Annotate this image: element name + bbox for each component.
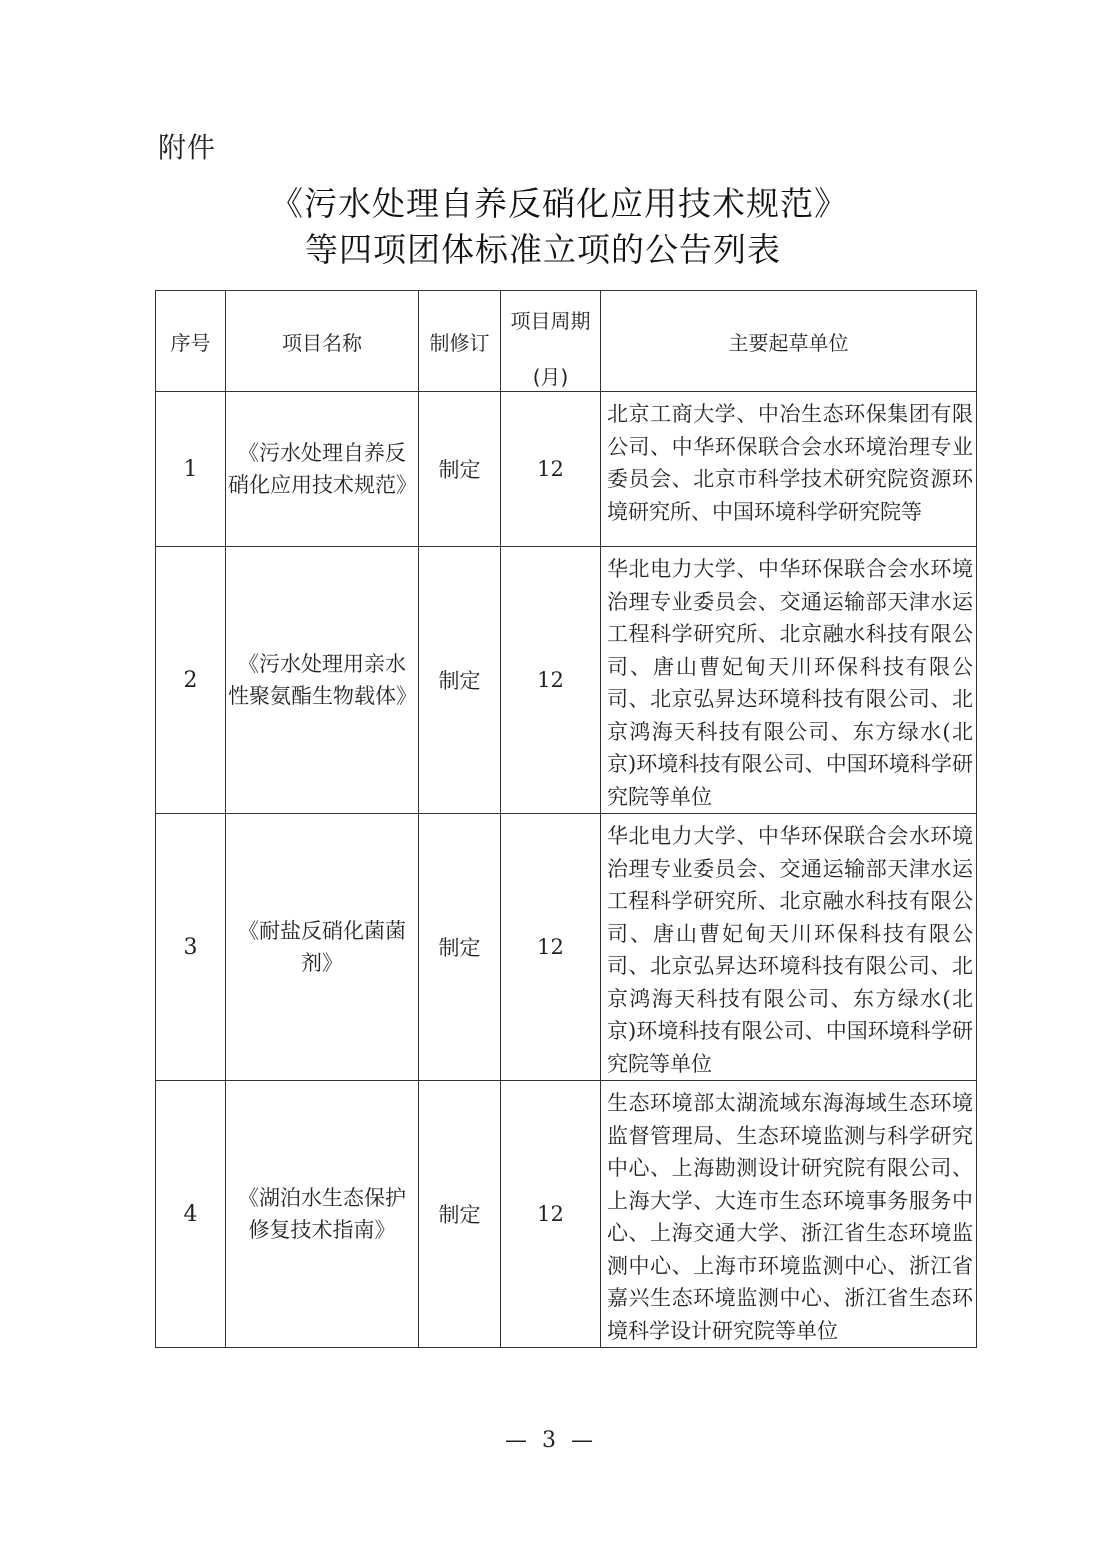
document-title-line1: 《污水处理自养反硝化应用技术规范》 bbox=[8, 178, 1102, 225]
table-row: 2 《污水处理用亲水性聚氨酯生物载体》 制定 12 华北电力大学、中华环保联合会… bbox=[156, 547, 977, 814]
page-number: — 3 — bbox=[0, 1428, 1102, 1453]
cell-units: 北京工商大学、中冶生态环保集团有限公司、中华环保联合会水环境治理专业委员会、北京… bbox=[601, 392, 977, 547]
cell-type: 制定 bbox=[419, 814, 501, 1081]
document-title-line2: 等四项团体标准立项的公告列表 bbox=[0, 224, 1094, 271]
cell-type: 制定 bbox=[419, 392, 501, 547]
cell-period: 12 bbox=[501, 392, 601, 547]
header-type: 制修订 bbox=[419, 291, 501, 392]
cell-units: 华北电力大学、中华环保联合会水环境治理专业委员会、交通运输部天津水运工程科学研究… bbox=[601, 814, 977, 1081]
header-seq: 序号 bbox=[156, 291, 226, 392]
cell-units: 华北电力大学、中华环保联合会水环境治理专业委员会、交通运输部天津水运工程科学研究… bbox=[601, 547, 977, 814]
cell-type: 制定 bbox=[419, 1081, 501, 1348]
header-period: 项目周期 (月) bbox=[501, 291, 601, 392]
cell-name: 《污水处理自养反硝化应用技术规范》 bbox=[226, 392, 419, 547]
cell-period: 12 bbox=[501, 814, 601, 1081]
cell-name: 《湖泊水生态保护修复技术指南》 bbox=[226, 1081, 419, 1348]
cell-name: 《耐盐反硝化菌菌剂》 bbox=[226, 814, 419, 1081]
cell-units: 生态环境部太湖流域东海海域生态环境监督管理局、生态环境监测与科学研究中心、上海勘… bbox=[601, 1081, 977, 1348]
attachment-label: 附件 bbox=[158, 126, 216, 166]
table-header-row: 序号 项目名称 制修订 项目周期 (月) 主要起草单位 bbox=[156, 291, 977, 392]
cell-name: 《污水处理用亲水性聚氨酯生物载体》 bbox=[226, 547, 419, 814]
header-units: 主要起草单位 bbox=[601, 291, 977, 392]
cell-period: 12 bbox=[501, 547, 601, 814]
cell-seq: 2 bbox=[156, 547, 226, 814]
cell-seq: 4 bbox=[156, 1081, 226, 1348]
standards-table: 序号 项目名称 制修订 项目周期 (月) 主要起草单位 1 《污水处理自养反硝化… bbox=[155, 290, 977, 1348]
header-name: 项目名称 bbox=[226, 291, 419, 392]
cell-type: 制定 bbox=[419, 547, 501, 814]
cell-seq: 1 bbox=[156, 392, 226, 547]
header-period-unit: (月) bbox=[501, 361, 600, 390]
table-row: 4 《湖泊水生态保护修复技术指南》 制定 12 生态环境部太湖流域东海海域生态环… bbox=[156, 1081, 977, 1348]
header-period-label: 项目周期 bbox=[501, 305, 600, 334]
table-row: 3 《耐盐反硝化菌菌剂》 制定 12 华北电力大学、中华环保联合会水环境治理专业… bbox=[156, 814, 977, 1081]
cell-seq: 3 bbox=[156, 814, 226, 1081]
cell-period: 12 bbox=[501, 1081, 601, 1348]
table-row: 1 《污水处理自养反硝化应用技术规范》 制定 12 北京工商大学、中冶生态环保集… bbox=[156, 392, 977, 547]
